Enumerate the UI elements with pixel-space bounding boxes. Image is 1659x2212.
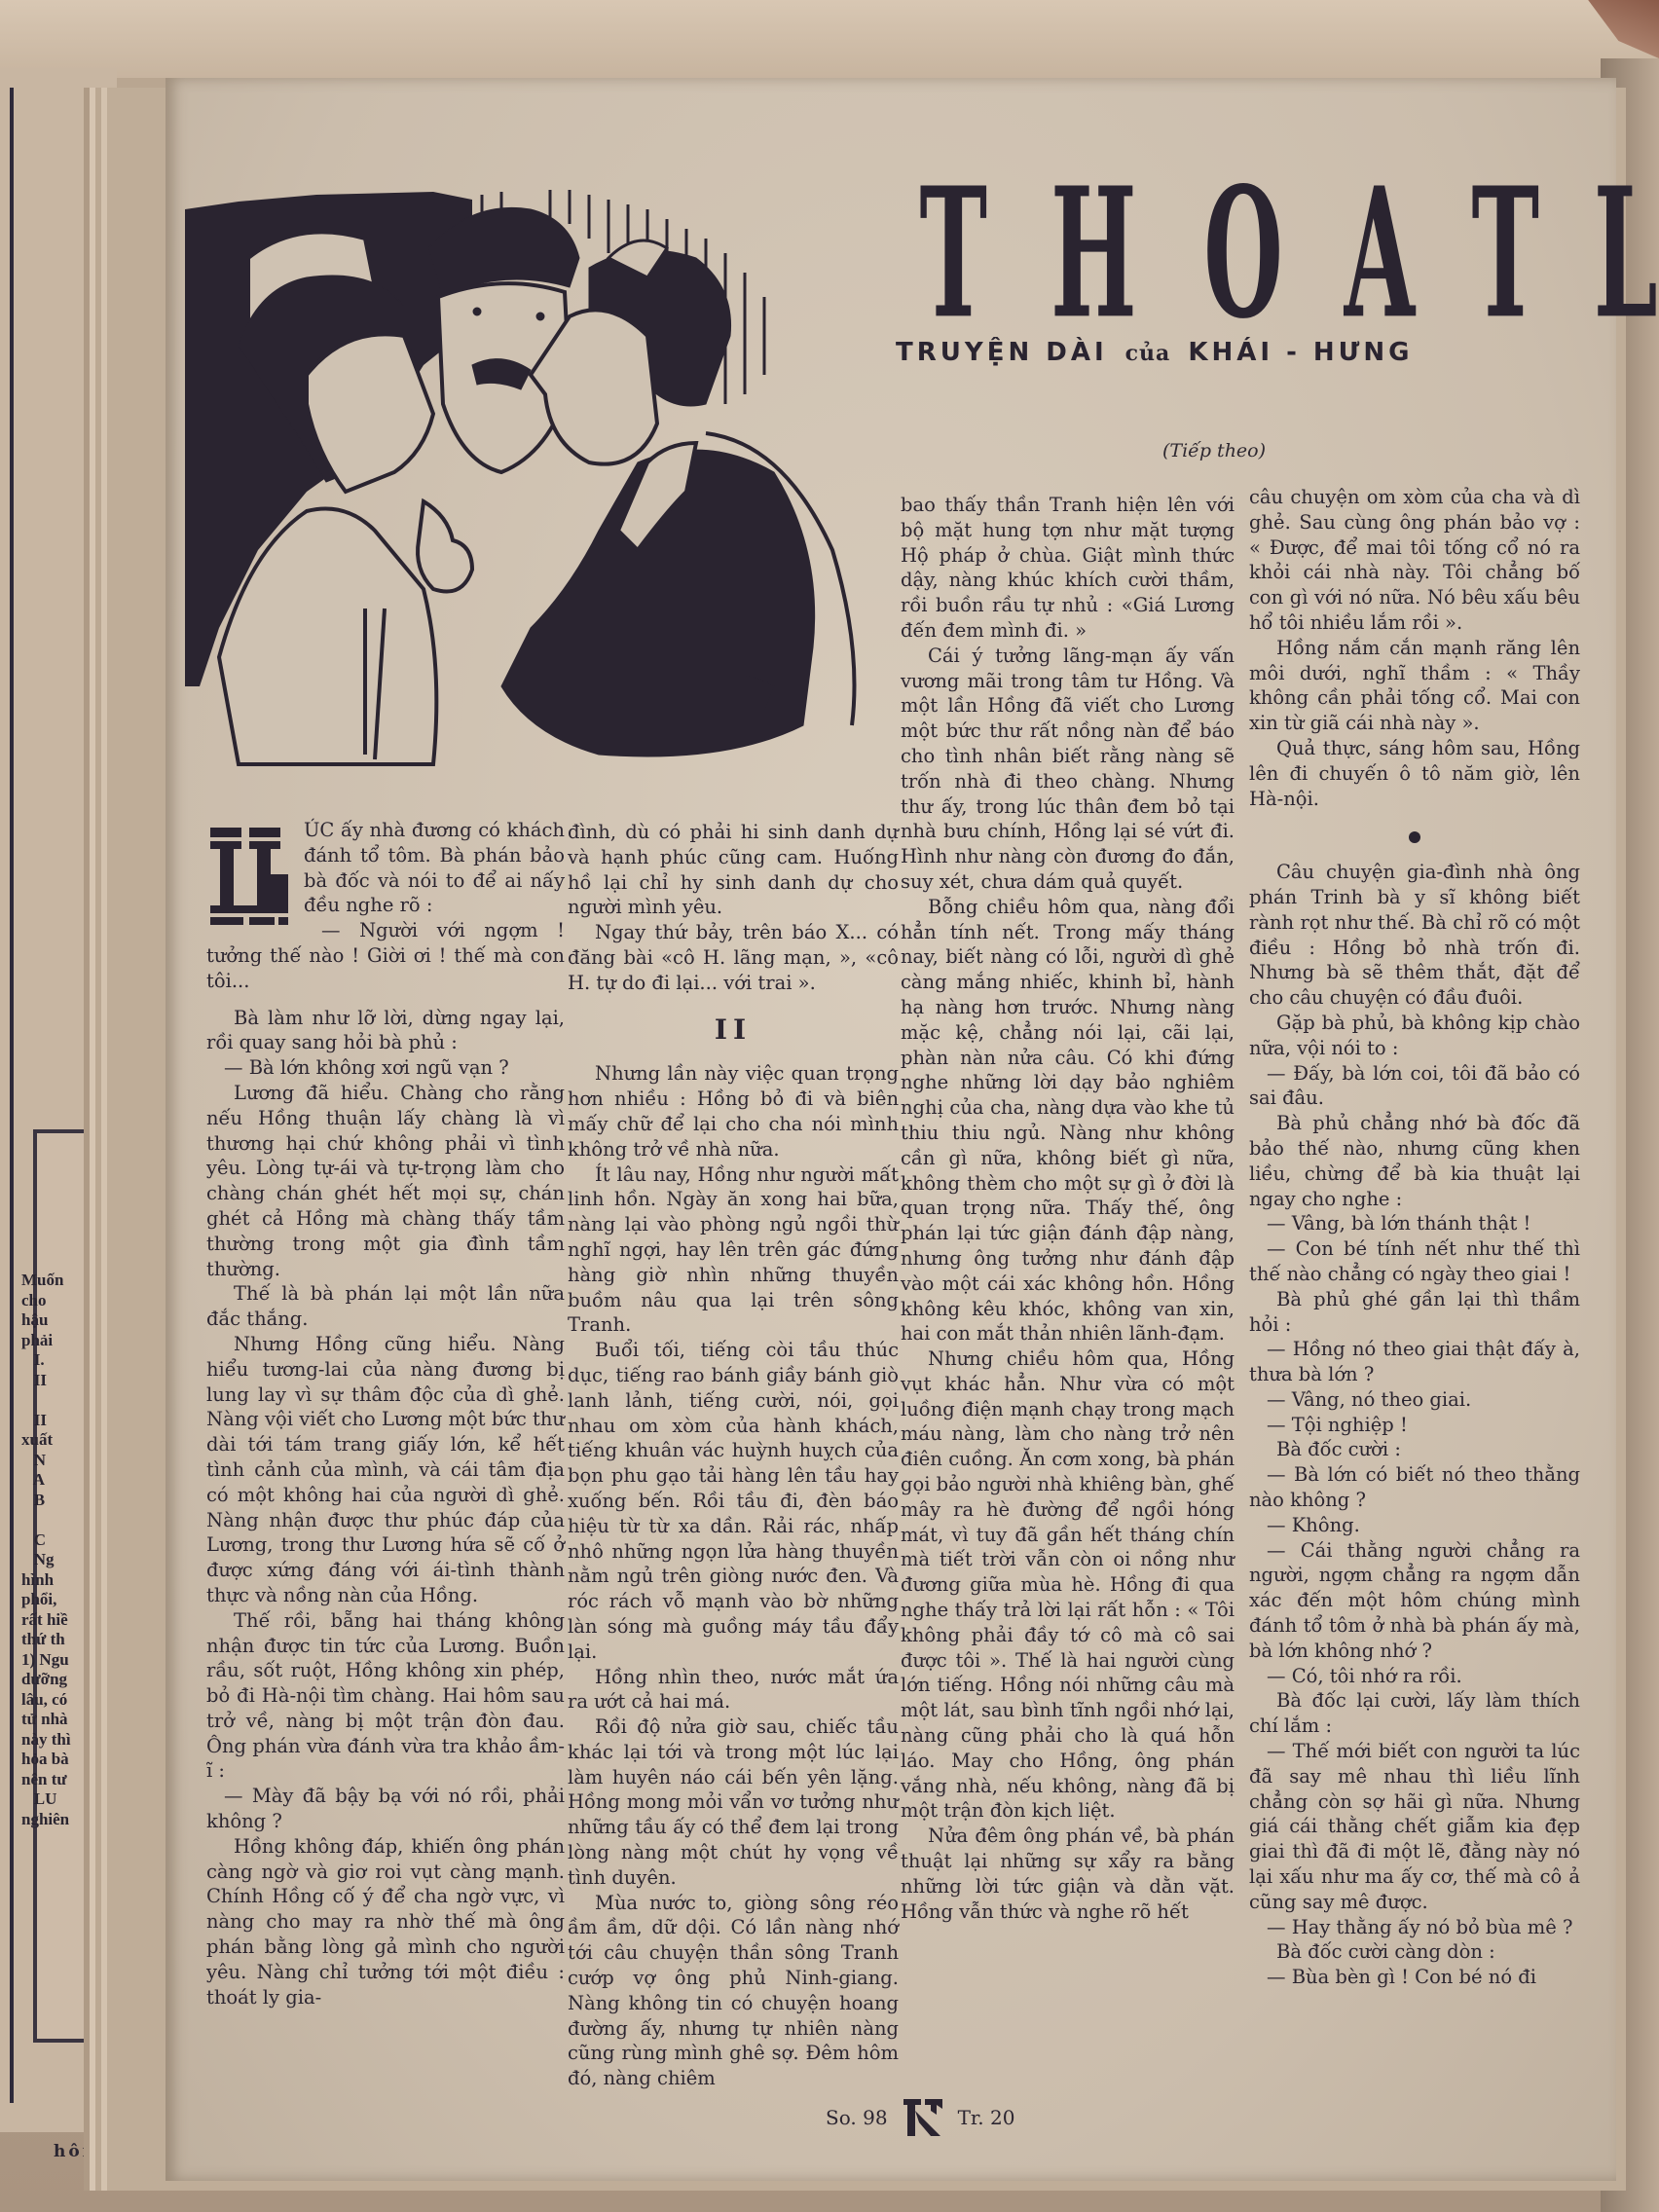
paragraph: Hồng nắm cắn mạnh răng lên môi dưới, ngh… [1249, 636, 1580, 736]
paragraph: Ít lâu nay, Hồng như người mất linh hồn.… [568, 1162, 899, 1339]
title-letter: H [1051, 175, 1136, 333]
dialogue-line: — Bà lớn có biết nó theo thằng nào không… [1249, 1462, 1580, 1513]
subtitle-genre: TRUYỆN DÀI [896, 338, 1108, 367]
paragraph: Bà phủ chẳng nhớ bà đốc đã bảo thế nào, … [1249, 1111, 1580, 1211]
paragraph: Nhưng Hồng cũng hiểu. Nàng hiểu tương-la… [206, 1332, 565, 1608]
continued-label: (Tiếp theo) [1162, 440, 1266, 461]
dialogue-line: — Con bé tính nết như thế thì thế nào ch… [1249, 1236, 1580, 1287]
dialogue-line: — Vâng, nó theo giai. [1249, 1387, 1580, 1413]
author-name: KHÁI - HƯNG [1188, 338, 1413, 367]
paragraph: Bà đốc cười càng dòn : [1249, 1939, 1580, 1965]
paragraph: đình, dù có phải hi sinh danh dự và hạnh… [568, 820, 899, 920]
title-letter: O [1203, 175, 1282, 333]
opening-paragraph: ÚC ấy nhà đương có khách đánh tổ tôm. Bà… [206, 818, 565, 918]
dialogue-line: — Hồng nó theo giai thật đấy à, thưa bà … [1249, 1337, 1580, 1387]
paragraph: Bỗng chiều hôm qua, nàng đổi hẳn tính nế… [901, 895, 1235, 1346]
dialogue-line: — Bùa bèn gì ! Con bé nó đi [1249, 1965, 1580, 1990]
paragraph: Hồng không đáp, khiến ông phán càng ngờ … [206, 1834, 565, 2010]
top-page-edge [0, 0, 1659, 78]
paragraph: Nửa đêm ông phán về, bà phán thuật lại n… [901, 1824, 1235, 1924]
dropcap-letter-l [206, 822, 292, 931]
dialogue-line: — Tội nghiệp ! [1249, 1413, 1580, 1438]
dialogue-line: — Đấy, bà lớn coi, tôi đã bảo có sai đâu… [1249, 1061, 1580, 1112]
paragraph: Cái ý tưởng lãng-mạn ấy vấn vương mãi tr… [901, 644, 1235, 895]
dialogue-line: — Không. [1249, 1513, 1580, 1538]
subtitle-of: của [1125, 341, 1171, 366]
paragraph: Gặp bà phủ, bà không kịp chào nữa, vội n… [1249, 1011, 1580, 1061]
paragraph: Hồng nhìn theo, nước mắt ứa ra ướt cả ha… [568, 1665, 899, 1715]
dialogue-line: — Vâng, bà lớn thánh thật ! [1249, 1211, 1580, 1236]
dialogue-line: — Cái thằng người chẳng ra người, ngợm c… [1249, 1538, 1580, 1664]
dialogue-line: — Mày đã bậy bạ với nó rồi, phải không ? [206, 1784, 565, 1834]
title-letter: T [1472, 175, 1540, 333]
title-letter: A [1345, 175, 1416, 333]
page-footer: So. 98 Tr. 20 [826, 2093, 1059, 2142]
paragraph: Nhưng chiều hôm qua, Hồng vụt khác hẳn. … [901, 1346, 1235, 1824]
paragraph: Mùa nước to, giòng sông réo ầm ầm, dữ dộ… [568, 1891, 899, 2091]
text-column-2: đình, dù có phải hi sinh danh dự và hạnh… [568, 820, 899, 2091]
article-subtitle: TRUYỆN DÀIcủaKHÁI - HƯNG [896, 338, 1567, 367]
paragraph: Quả thực, sáng hôm sau, Hồng lên đi chuy… [1249, 736, 1580, 811]
section-separator-dot [1249, 825, 1580, 850]
page-number: Tr. 20 [958, 2106, 1015, 2129]
article-title: T H O A T L Y [892, 154, 1573, 333]
underlying-page-text: Muốn cho hậu phải I. II II xuất N A B C … [21, 1271, 109, 1829]
section-heading: II [568, 1017, 899, 1043]
text-column-1: ÚC ấy nhà đương có khách đánh tổ tôm. Bà… [206, 818, 565, 2009]
woodcut-illustration [180, 180, 876, 774]
paragraph: bao thấy thần Tranh hiện lên với bộ mặt … [901, 493, 1235, 644]
dialogue-line: — Có, tôi nhớ ra rồi. [1249, 1664, 1580, 1689]
paragraph: Thế là bà phán lại một lần nữa đắc thắng… [206, 1281, 565, 1332]
paragraph: Ngay thứ bảy, trên báo X... có đăng bài … [568, 920, 899, 995]
title-letter: T [919, 175, 987, 333]
paragraph: Câu chuyện gia-đình nhà ông phán Trinh b… [1249, 860, 1580, 1011]
dialogue-line: — Bà lớn không xơi ngũ vạn ? [206, 1055, 565, 1081]
paragraph: Bà đốc cười : [1249, 1437, 1580, 1462]
paragraph: Bà phủ ghé gần lại thì thầm hỏi : [1249, 1287, 1580, 1338]
paragraph: Bà đốc lại cười, lấy làm thích chí lắm : [1249, 1688, 1580, 1739]
dialogue-line: — Hay thằng ấy nó bỏ bùa mê ? [1249, 1915, 1580, 1940]
paragraph: Rồi độ nửa giờ sau, chiếc tầu khác lại t… [568, 1714, 899, 1891]
paragraph: Buổi tối, tiếng còi tầu thúc dục, tiếng … [568, 1338, 899, 1664]
title-letter: L [1594, 175, 1658, 333]
underlying-page-bottom-word: hôm [54, 2142, 103, 2161]
paragraph: Bà làm như lỡ lời, dừng ngay lại, rồi qu… [206, 1006, 565, 1056]
text-column-4: câu chuyện om xòm của cha và dì ghẻ. Sau… [1249, 485, 1580, 1990]
paragraph: Lương đã hiểu. Chàng cho rằng nếu Hồng t… [206, 1081, 565, 1281]
issue-number: So. 98 [826, 2106, 888, 2129]
paragraph: Nhưng lần này việc quan trọng hơn nhiều … [568, 1061, 899, 1161]
paragraph: Thế rồi, bẵng hai tháng không nhận được … [206, 1608, 565, 1785]
magazine-logo-icon [902, 2097, 944, 2138]
paragraph: câu chuyện om xòm của cha và dì ghẻ. Sau… [1249, 485, 1580, 636]
dialogue-line: — Thế mới biết con người ta lúc đã say m… [1249, 1739, 1580, 1915]
text-column-3: bao thấy thần Tranh hiện lên với bộ mặt … [901, 493, 1235, 1924]
